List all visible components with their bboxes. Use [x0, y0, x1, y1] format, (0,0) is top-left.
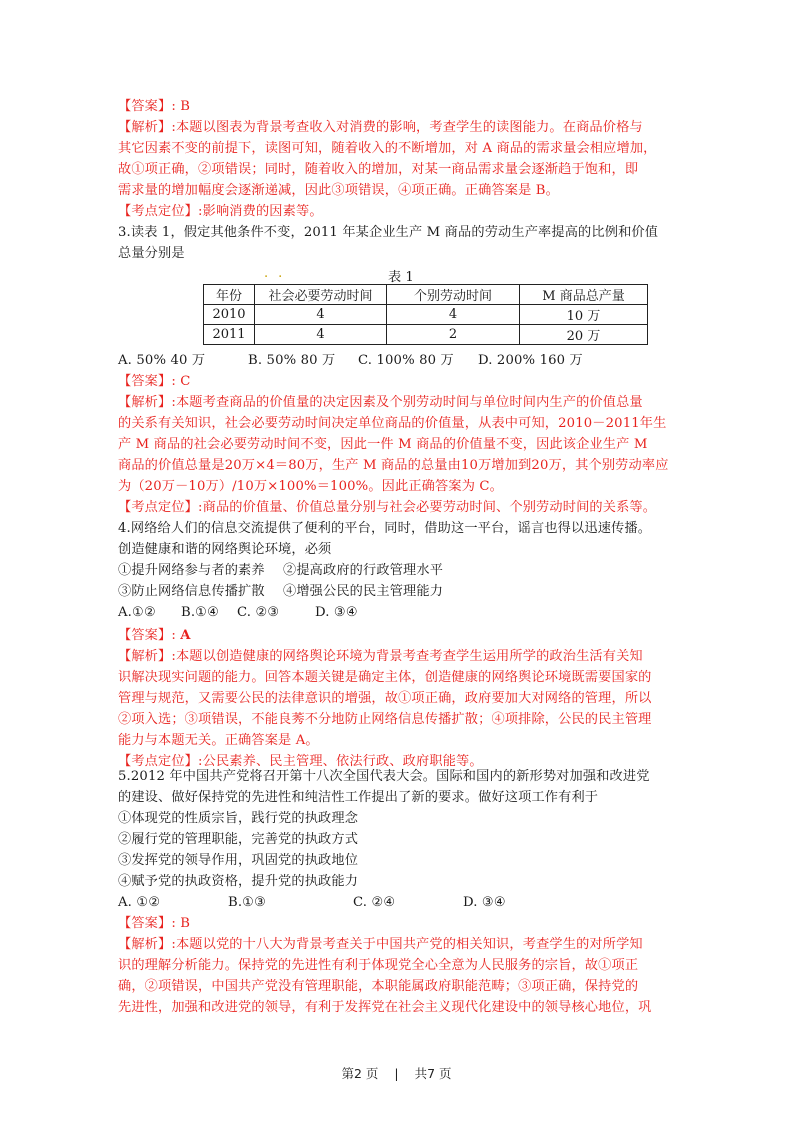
question-stem-line: 创造健康和谐的网络舆论环境，必须	[118, 539, 678, 560]
decorative-dots: ..	[264, 266, 292, 281]
item: ①提升网络参与者的素养	[118, 560, 283, 581]
table-row: 2010 4 4 10 万	[204, 305, 648, 325]
table-header: M 商品总产量	[520, 285, 648, 305]
analysis-line: 【解析】:本题以党的十八大为背景考查关于中国共产党的相关知识，考查学生的对所学知	[118, 934, 678, 955]
analysis-text: 本题以创造健康的网络舆论环境为背景考查考查学生运用所学的政治生活有关知	[176, 649, 643, 664]
answer-line: 【答案】: B	[118, 913, 678, 934]
item: ②提高政府的行政管理水平	[283, 560, 443, 581]
page-footer: 第2 页 | 共7 页	[0, 1064, 793, 1082]
question-stem-line: 5.2012 年中国共产党将召开第十八次全国代表大会。国际和国内的新形势对加强和…	[118, 766, 678, 787]
q4-block: 4.网络给人们的信息交流提供了便利的平台，同时，借助这一平台，谣言也得以迅速传播…	[118, 518, 678, 772]
q3-stem: 3.读表 1，假定其他条件不变，2011 年某企业生产 M 商品的劳动生产率提高…	[118, 222, 678, 264]
q2-answer-block: 【答案】: B 【解析】:本题以图表为背景考查收入对消费的影响，考查学生的读图能…	[118, 96, 678, 222]
analysis-text: 本题考查商品的价值量的决定因素及个别劳动时间与单位时间内生产的价值总量	[176, 395, 643, 410]
table-header: 社会必要劳动时间	[255, 285, 387, 305]
item: ③防止网络信息传播扩散	[118, 581, 283, 602]
table-header: 年份	[204, 285, 255, 305]
analysis-line: 【解析】:本题以创造健康的网络舆论环境为背景考查考查学生运用所学的政治生活有关知	[118, 646, 678, 667]
point-text: 影响消费的因素等。	[203, 204, 323, 219]
analysis-line: 需求量的增加幅度会逐渐递减，因此③项错误，④项正确。正确答案是 B。	[118, 180, 678, 201]
point-label: 【考点定位】:	[118, 204, 203, 219]
analysis-line: 商品的价值总量是20万×4＝80万，生产 M 商品的总量由10万增加到20万，其…	[118, 455, 678, 476]
analysis-text: 本题以图表为背景考查收入对消费的影响，考查学生的读图能力。在商品价格与	[176, 120, 643, 135]
point-text: 商品的价值量、价值总量分别与社会必要劳动时间、个别劳动时间的关系等。	[203, 500, 656, 515]
analysis-line: 识的理解分析能力。保持党的先进性有利于体现党全心全意为人民服务的宗旨，故①项正	[118, 955, 678, 976]
answer-label: 【答案】:	[118, 374, 176, 389]
answer-label: 【答案】:	[118, 99, 176, 114]
option-b: B.①④	[181, 602, 237, 623]
analysis-line: 确，②项错误，中国共产党没有管理职能，本职能属政府职能范畴；③项正确，保持党的	[118, 976, 678, 997]
analysis-line: ②项入选；③项错误，不能良莠不分地防止网络信息传播扩散；④项排除，公民的民主管理	[118, 709, 678, 730]
question-stem-line: 3.读表 1，假定其他条件不变，2011 年某企业生产 M 商品的劳动生产率提高…	[118, 222, 678, 243]
analysis-label: 【解析】:	[118, 395, 176, 410]
option-b: B.①③	[228, 892, 353, 913]
item: ④增强公民的民主管理能力	[283, 581, 443, 602]
option-c: C. ②④	[353, 892, 463, 913]
table-header-row: 年份 社会必要劳动时间 个别劳动时间 M 商品总产量	[204, 285, 648, 305]
analysis-line: 先进性，加强和改进党的领导，有利于发挥党在社会主义现代化建设中的领导核心地位，巩	[118, 997, 678, 1018]
option-d: D. 200% 160 万	[478, 350, 583, 371]
answer-line: 【答案】: A	[118, 625, 678, 646]
table-cell: 2011	[204, 325, 255, 345]
answer-value: A	[180, 628, 190, 643]
analysis-line: 管理与规范，又需要公民的法律意识的增强，故①项正确，政府要加大对网络的管理，所以	[118, 688, 678, 709]
option-c: C. 100% 80 万	[358, 350, 478, 371]
question-stem-line: 4.网络给人们的信息交流提供了便利的平台，同时，借助这一平台，谣言也得以迅速传播…	[118, 518, 678, 539]
analysis-label: 【解析】:	[118, 937, 176, 952]
q5-block: 5.2012 年中国共产党将召开第十八次全国代表大会。国际和国内的新形势对加强和…	[118, 766, 678, 1018]
answer-value: C	[180, 374, 190, 389]
analysis-line: 的关系有关知识，社会必要劳动时间决定单位商品的价值量，从表中可知，2010－20…	[118, 413, 678, 434]
answer-line: 【答案】: B	[118, 96, 678, 117]
analysis-label: 【解析】:	[118, 120, 176, 135]
question-stem-line: 总量分别是	[118, 243, 678, 264]
table-header: 个别劳动时间	[387, 285, 520, 305]
analysis-line: 故①项正确，②项错误；同时，随着收入的增加，对某一商品需求量会逐渐趋于饱和，即	[118, 159, 678, 180]
options-row: A. 50% 40 万 B. 50% 80 万 C. 100% 80 万 D. …	[118, 350, 678, 371]
option-c: C. ②③	[237, 602, 315, 623]
analysis-line: 为（20万－10万）/10万×100%＝100%。因此正确答案为 C。	[118, 476, 678, 497]
data-table: 年份 社会必要劳动时间 个别劳动时间 M 商品总产量 2010 4 4 10 万…	[203, 284, 648, 345]
option-a: A. 50% 40 万	[118, 350, 248, 371]
option-a: A.①②	[118, 602, 181, 623]
point-line: 【考点定位】:商品的价值量、价值总量分别与社会必要劳动时间、个别劳动时间的关系等…	[118, 497, 678, 518]
table-cell: 4	[387, 305, 520, 325]
analysis-text: 本题以党的十八大为背景考查关于中国共产党的相关知识，考查学生的对所学知	[176, 937, 643, 952]
item: ④赋予党的执政资格，提升党的执政能力	[118, 871, 678, 892]
options-row: A. ①② B.①③ C. ②④ D. ③④	[118, 892, 678, 913]
page-total: 共7 页	[415, 1066, 452, 1081]
options-row: A.①② B.①④ C. ②③ D. ③④	[118, 602, 678, 623]
analysis-line: 识解决现实问题的能力。回答本题关键是确定主体，创造健康的网络舆论环境既需要国家的	[118, 667, 678, 688]
point-label: 【考点定位】:	[118, 500, 203, 515]
question-stem-line: 的建设、做好保持党的先进性和纯洁性工作提出了新的要求。做好这项工作有利于	[118, 787, 678, 808]
items-row: ①提升网络参与者的素养 ②提高政府的行政管理水平	[118, 560, 678, 581]
table-cell: 2010	[204, 305, 255, 325]
answer-value: B	[180, 916, 190, 931]
answer-value: B	[180, 99, 190, 114]
analysis-line: 【解析】:本题以图表为背景考查收入对消费的影响，考查学生的读图能力。在商品价格与	[118, 117, 678, 138]
analysis-label: 【解析】:	[118, 649, 176, 664]
option-d: D. ③④	[463, 892, 506, 913]
analysis-line: 能力与本题无关。正确答案是 A。	[118, 730, 678, 751]
point-line: 【考点定位】:影响消费的因素等。	[118, 201, 678, 222]
option-b: B. 50% 80 万	[248, 350, 358, 371]
item: ②履行党的管理职能，完善党的执政方式	[118, 829, 678, 850]
page-current: 第2 页	[341, 1066, 378, 1081]
q3-answer-block: A. 50% 40 万 B. 50% 80 万 C. 100% 80 万 D. …	[118, 350, 678, 518]
answer-line: 【答案】: C	[118, 371, 678, 392]
analysis-line: 其它因素不变的前提下，读图可知，随着收入的不断增加，对 A 商品的需求量会相应增…	[118, 138, 678, 159]
analysis-line: 产 M 商品的社会必要劳动时间不变，因此一件 M 商品的价值量不变，因此该企业生…	[118, 434, 678, 455]
document-page: 【答案】: B 【解析】:本题以图表为背景考查收入对消费的影响，考查学生的读图能…	[0, 0, 793, 1122]
table-cell: 20 万	[520, 325, 648, 345]
answer-label: 【答案】:	[118, 916, 176, 931]
table-cell: 2	[387, 325, 520, 345]
items-row: ③防止网络信息传播扩散 ④增强公民的民主管理能力	[118, 581, 678, 602]
option-a: A. ①②	[118, 892, 228, 913]
analysis-line: 【解析】:本题考查商品的价值量的决定因素及个别劳动时间与单位时间内生产的价值总量	[118, 392, 678, 413]
item: ①体现党的性质宗旨，践行党的执政理念	[118, 808, 678, 829]
table-cell: 4	[255, 305, 387, 325]
answer-label: 【答案】:	[118, 628, 176, 643]
option-d: D. ③④	[315, 602, 358, 623]
table-caption: 表 1	[388, 266, 414, 285]
table-cell: 10 万	[520, 305, 648, 325]
table-row: 2011 4 2 20 万	[204, 325, 648, 345]
footer-separator: |	[394, 1066, 398, 1081]
table-cell: 4	[255, 325, 387, 345]
item: ③发挥党的领导作用，巩固党的执政地位	[118, 850, 678, 871]
